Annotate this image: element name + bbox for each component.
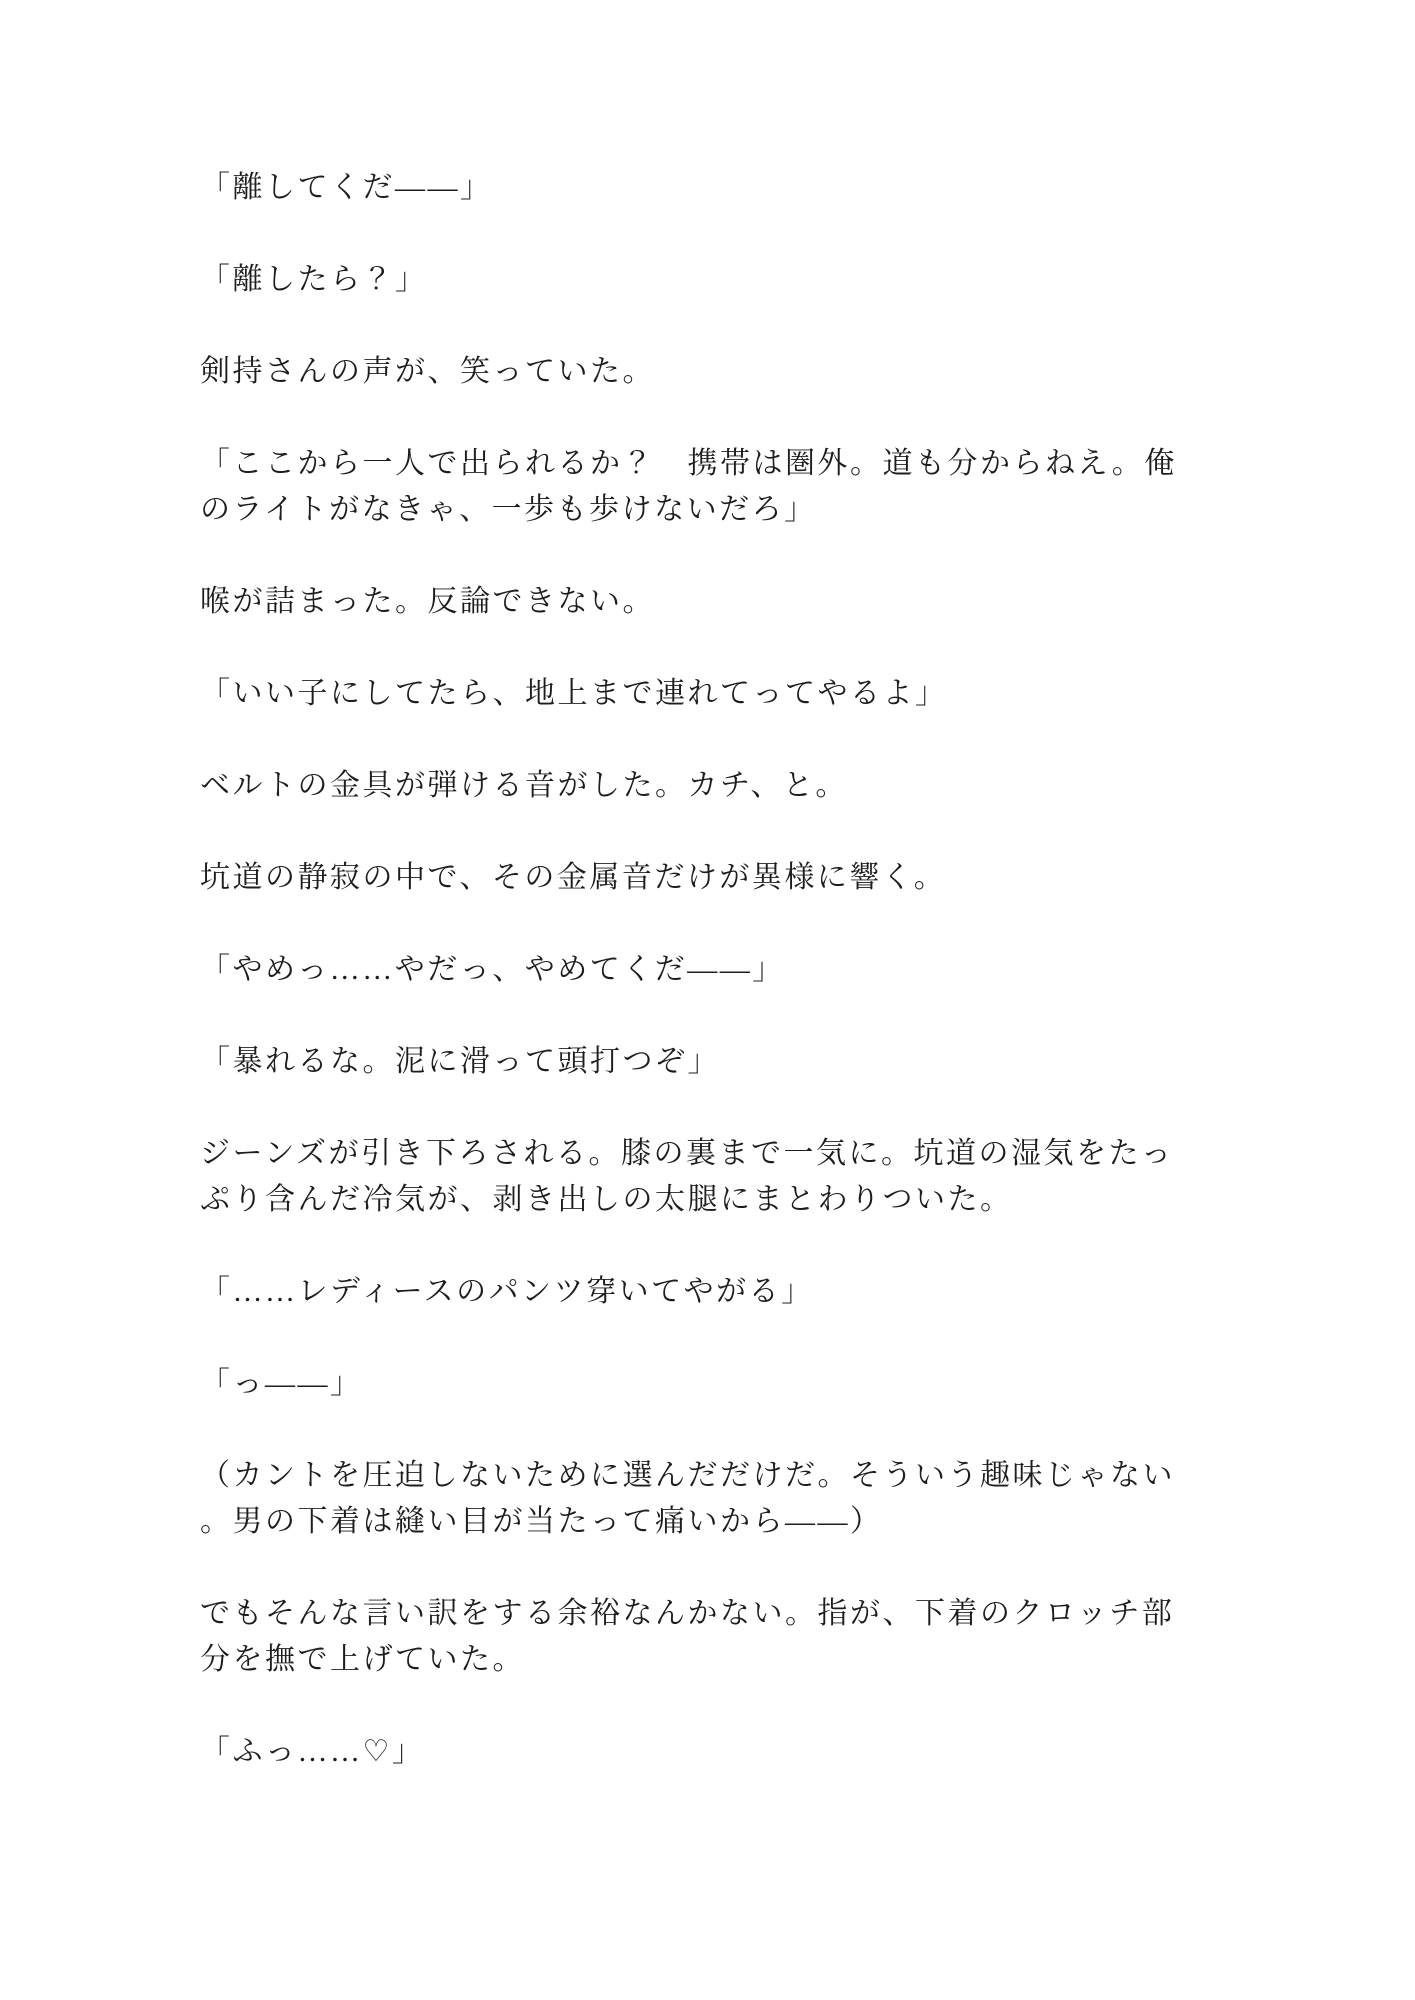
paragraph-dialogue: 「……レディースのパンツ穿いてやがる」	[200, 1269, 1250, 1315]
text-column: 「離してくだ——」 「離したら？」 剣持さんの声が、笑っていた。 「ここから一人…	[200, 165, 1250, 1775]
paragraph-dialogue: 「離してくだ——」	[200, 165, 1250, 211]
paragraph-narration: でもそんな言い訳をする余裕なんかない。指が、下着のクロッチ部 分を撫で上げていた…	[200, 1591, 1250, 1683]
paragraph-narration: ベルトの金具が弾ける音がした。カチ、と。	[200, 763, 1250, 809]
paragraph-inner-monologue: （カントを圧迫しないために選んだだけだ。そういう趣味じゃない 。男の下着は縫い目…	[200, 1453, 1250, 1545]
paragraph-dialogue: 「ここから一人で出られるか？ 携帯は圏外。道も分からねえ。俺 のライトがなきゃ、…	[200, 441, 1250, 533]
paragraph-dialogue: 「っ——」	[200, 1361, 1250, 1407]
paragraph-narration: ジーンズが引き下ろされる。膝の裏まで一気に。坑道の湿気をたっ ぷり含んだ冷気が、…	[200, 1131, 1250, 1223]
paragraph-dialogue: 「ふっ……♡」	[200, 1729, 1250, 1775]
paragraph-narration: 剣持さんの声が、笑っていた。	[200, 349, 1250, 395]
paragraph-dialogue: 「やめっ……やだっ、やめてくだ——」	[200, 947, 1250, 993]
paragraph-narration: 喉が詰まった。反論できない。	[200, 579, 1250, 625]
novel-page: 「離してくだ——」 「離したら？」 剣持さんの声が、笑っていた。 「ここから一人…	[0, 0, 1415, 2000]
paragraph-dialogue: 「暴れるな。泥に滑って頭打つぞ」	[200, 1039, 1250, 1085]
paragraph-dialogue: 「いい子にしてたら、地上まで連れてってやるよ」	[200, 671, 1250, 717]
paragraph-narration: 坑道の静寂の中で、その金属音だけが異様に響く。	[200, 855, 1250, 901]
paragraph-dialogue: 「離したら？」	[200, 257, 1250, 303]
